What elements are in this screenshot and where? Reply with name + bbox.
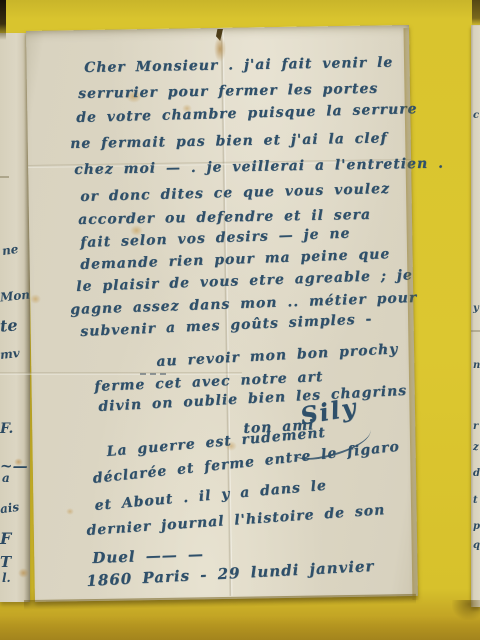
left-page-text-fragment: mv [0,346,20,362]
right-page-text-fragment: z [473,442,479,453]
right-page-text-fragment: q [473,540,480,551]
fold-crease-left [0,176,9,178]
photo-background: ne Mon te mv F. ~— a ais F T l. Cher Mon… [0,0,480,640]
left-page-text-fragment: F [0,529,11,548]
right-page-text-fragment: n [473,360,480,371]
dark-corner [472,0,480,26]
dark-corner [0,0,6,40]
left-page-text-fragment: l. [2,571,11,585]
right-page-text-fragment: r [473,421,478,432]
foxing-stain [30,294,41,304]
right-page-edge: c y n r z d t p q [471,25,480,607]
foxing-stain [18,568,29,578]
crease-mark [140,373,166,375]
left-page-text-fragment: Mon [0,287,30,304]
right-page-text-fragment: y [473,303,479,314]
foxing-stain [66,508,74,515]
background-shadow-band [0,616,480,640]
right-page-text-fragment: d [473,468,480,479]
foxing-stain [14,458,23,466]
right-page-text-fragment: p [473,521,480,532]
fold-crease-right [471,330,480,332]
right-page-text-fragment: t [473,495,478,506]
left-page-text-fragment: a [2,471,10,485]
left-page-text-fragment: ais [0,500,20,517]
left-page-text-fragment: F. [0,421,13,437]
left-page-text-fragment: T [0,553,11,571]
left-page-edge: ne Mon te mv F. ~— a ais F T l. [0,33,30,602]
right-page-text-fragment: c [473,110,479,121]
left-page-text-fragment: te [0,315,18,335]
left-page-text-fragment: ne [1,242,19,258]
